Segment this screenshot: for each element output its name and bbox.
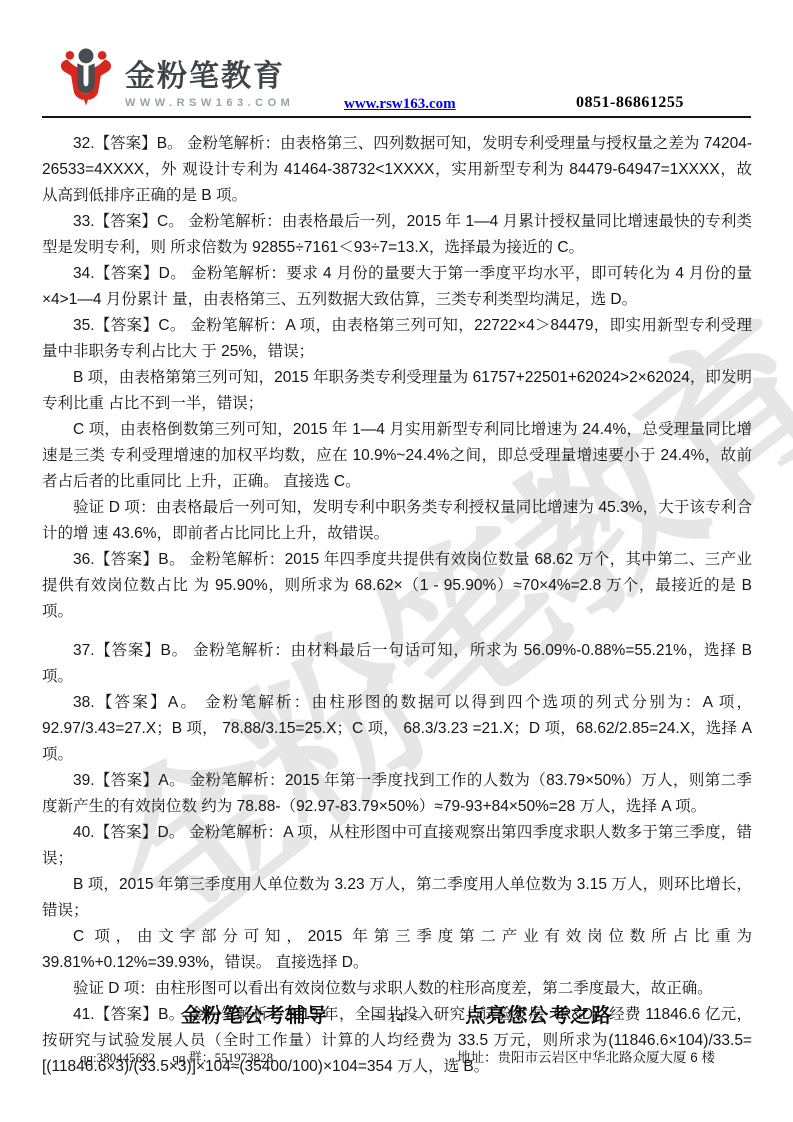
answer-paragraph-39: 39.【答案】A。 金粉笔解析：2015 年第一季度找到工作的人数为（83.79… — [42, 768, 752, 820]
footer-qq: qq:380445682 — [80, 1050, 155, 1065]
answer-paragraph-38: 38.【答案】A。 金粉笔解析：由柱形图的数据可以得到四个选项的列式分别为：A … — [42, 690, 752, 768]
footer-contacts: qq:380445682 qq 群：551973828 地址：贵阳市云岩区中华北… — [80, 1046, 715, 1066]
footer-address: 地址：贵阳市云岩区中华北路众厦大厦 6 楼 — [457, 1046, 715, 1066]
answer-paragraph-36: 36.【答案】B。 金粉笔解析：2015 年四季度共提供有效岗位数量 68.62… — [42, 547, 752, 625]
answer-paragraph-37: 37.【答案】B。 金粉笔解析：由材料最后一句话可知，所求为 56.09%-0.… — [42, 638, 752, 690]
answer-paragraph-40-option-b: B 项，2015 年第三季度用人单位数为 3.23 万人，第二季度用人单位数为 … — [42, 872, 752, 924]
answer-paragraph-33: 33.【答案】C。 金粉笔解析：由表格最后一列，2015 年 1—4 月累计授权… — [42, 209, 752, 261]
footer-page-number: ～ 14 ～ — [370, 1010, 423, 1026]
brand-logo-icon — [55, 45, 117, 109]
answers-section: 32.【答案】B。 金粉笔解析：由表格第三、四列数据可知，发明专利受理量与授权量… — [42, 131, 752, 1080]
answer-paragraph-40-option-a: 40.【答案】D。 金粉笔解析：A 项，从柱形图中可直接观察出第四季度求职人数多… — [42, 820, 752, 872]
footer-qq-block: qq:380445682 qq 群：551973828 — [80, 1047, 273, 1066]
answer-paragraph-35-option-d: 验证 D 项：由表格最后一列可知，发明专利中职务类专利授权量同比增速为 45.3… — [42, 495, 752, 547]
brand-name: 金粉笔教育 — [125, 60, 294, 94]
footer-slogan: 点亮您公考之路 — [465, 1005, 612, 1027]
answer-paragraph-35-option-a: 35.【答案】C。 金粉笔解析：A 项，由表格第三列可知，22722×4＞844… — [42, 313, 752, 365]
brand-text-block: 金粉笔教育 WWW.RSW163.COM — [125, 45, 294, 109]
website-link[interactable]: www.rsw163.com — [344, 96, 456, 113]
answer-paragraph-35-option-b: B 项，由表格第第三列可知，2015 年职务类专利受理量为 61757+2250… — [42, 365, 752, 417]
brand-subtitle: WWW.RSW163.COM — [125, 97, 294, 109]
answer-paragraph-32: 32.【答案】B。 金粉笔解析：由表格第三、四列数据可知，发明专利受理量与授权量… — [42, 131, 752, 209]
answer-paragraph-40-option-c: C 项，由文字部分可知，2015 年第三季度第二产业有效岗位数所占比重为 39.… — [42, 924, 752, 976]
brand-logo: 金粉笔教育 WWW.RSW163.COM — [55, 45, 294, 109]
answer-paragraph-34: 34.【答案】D。 金粉笔解析：要求 4 月份的量要大于第一季度平均水平，即可转… — [42, 261, 752, 313]
footer-tagline: 金粉笔公考辅导 ～ 14 ～ 点亮您公考之路 — [0, 999, 793, 1028]
header-divider — [42, 116, 751, 118]
phone-number: 0851-86861255 — [576, 94, 684, 112]
answer-paragraph-35-option-c: C 项，由表格倒数第三列可知，2015 年 1—4 月实用新型专利同比增速为 2… — [42, 417, 752, 495]
footer-brand: 金粉笔公考辅导 — [181, 1005, 328, 1027]
document-page: 金粉笔教育 WWW.RSW163.COM www.rsw163.com 0851… — [0, 0, 793, 1122]
footer-qq-group: qq 群：551973828 — [172, 1050, 273, 1065]
